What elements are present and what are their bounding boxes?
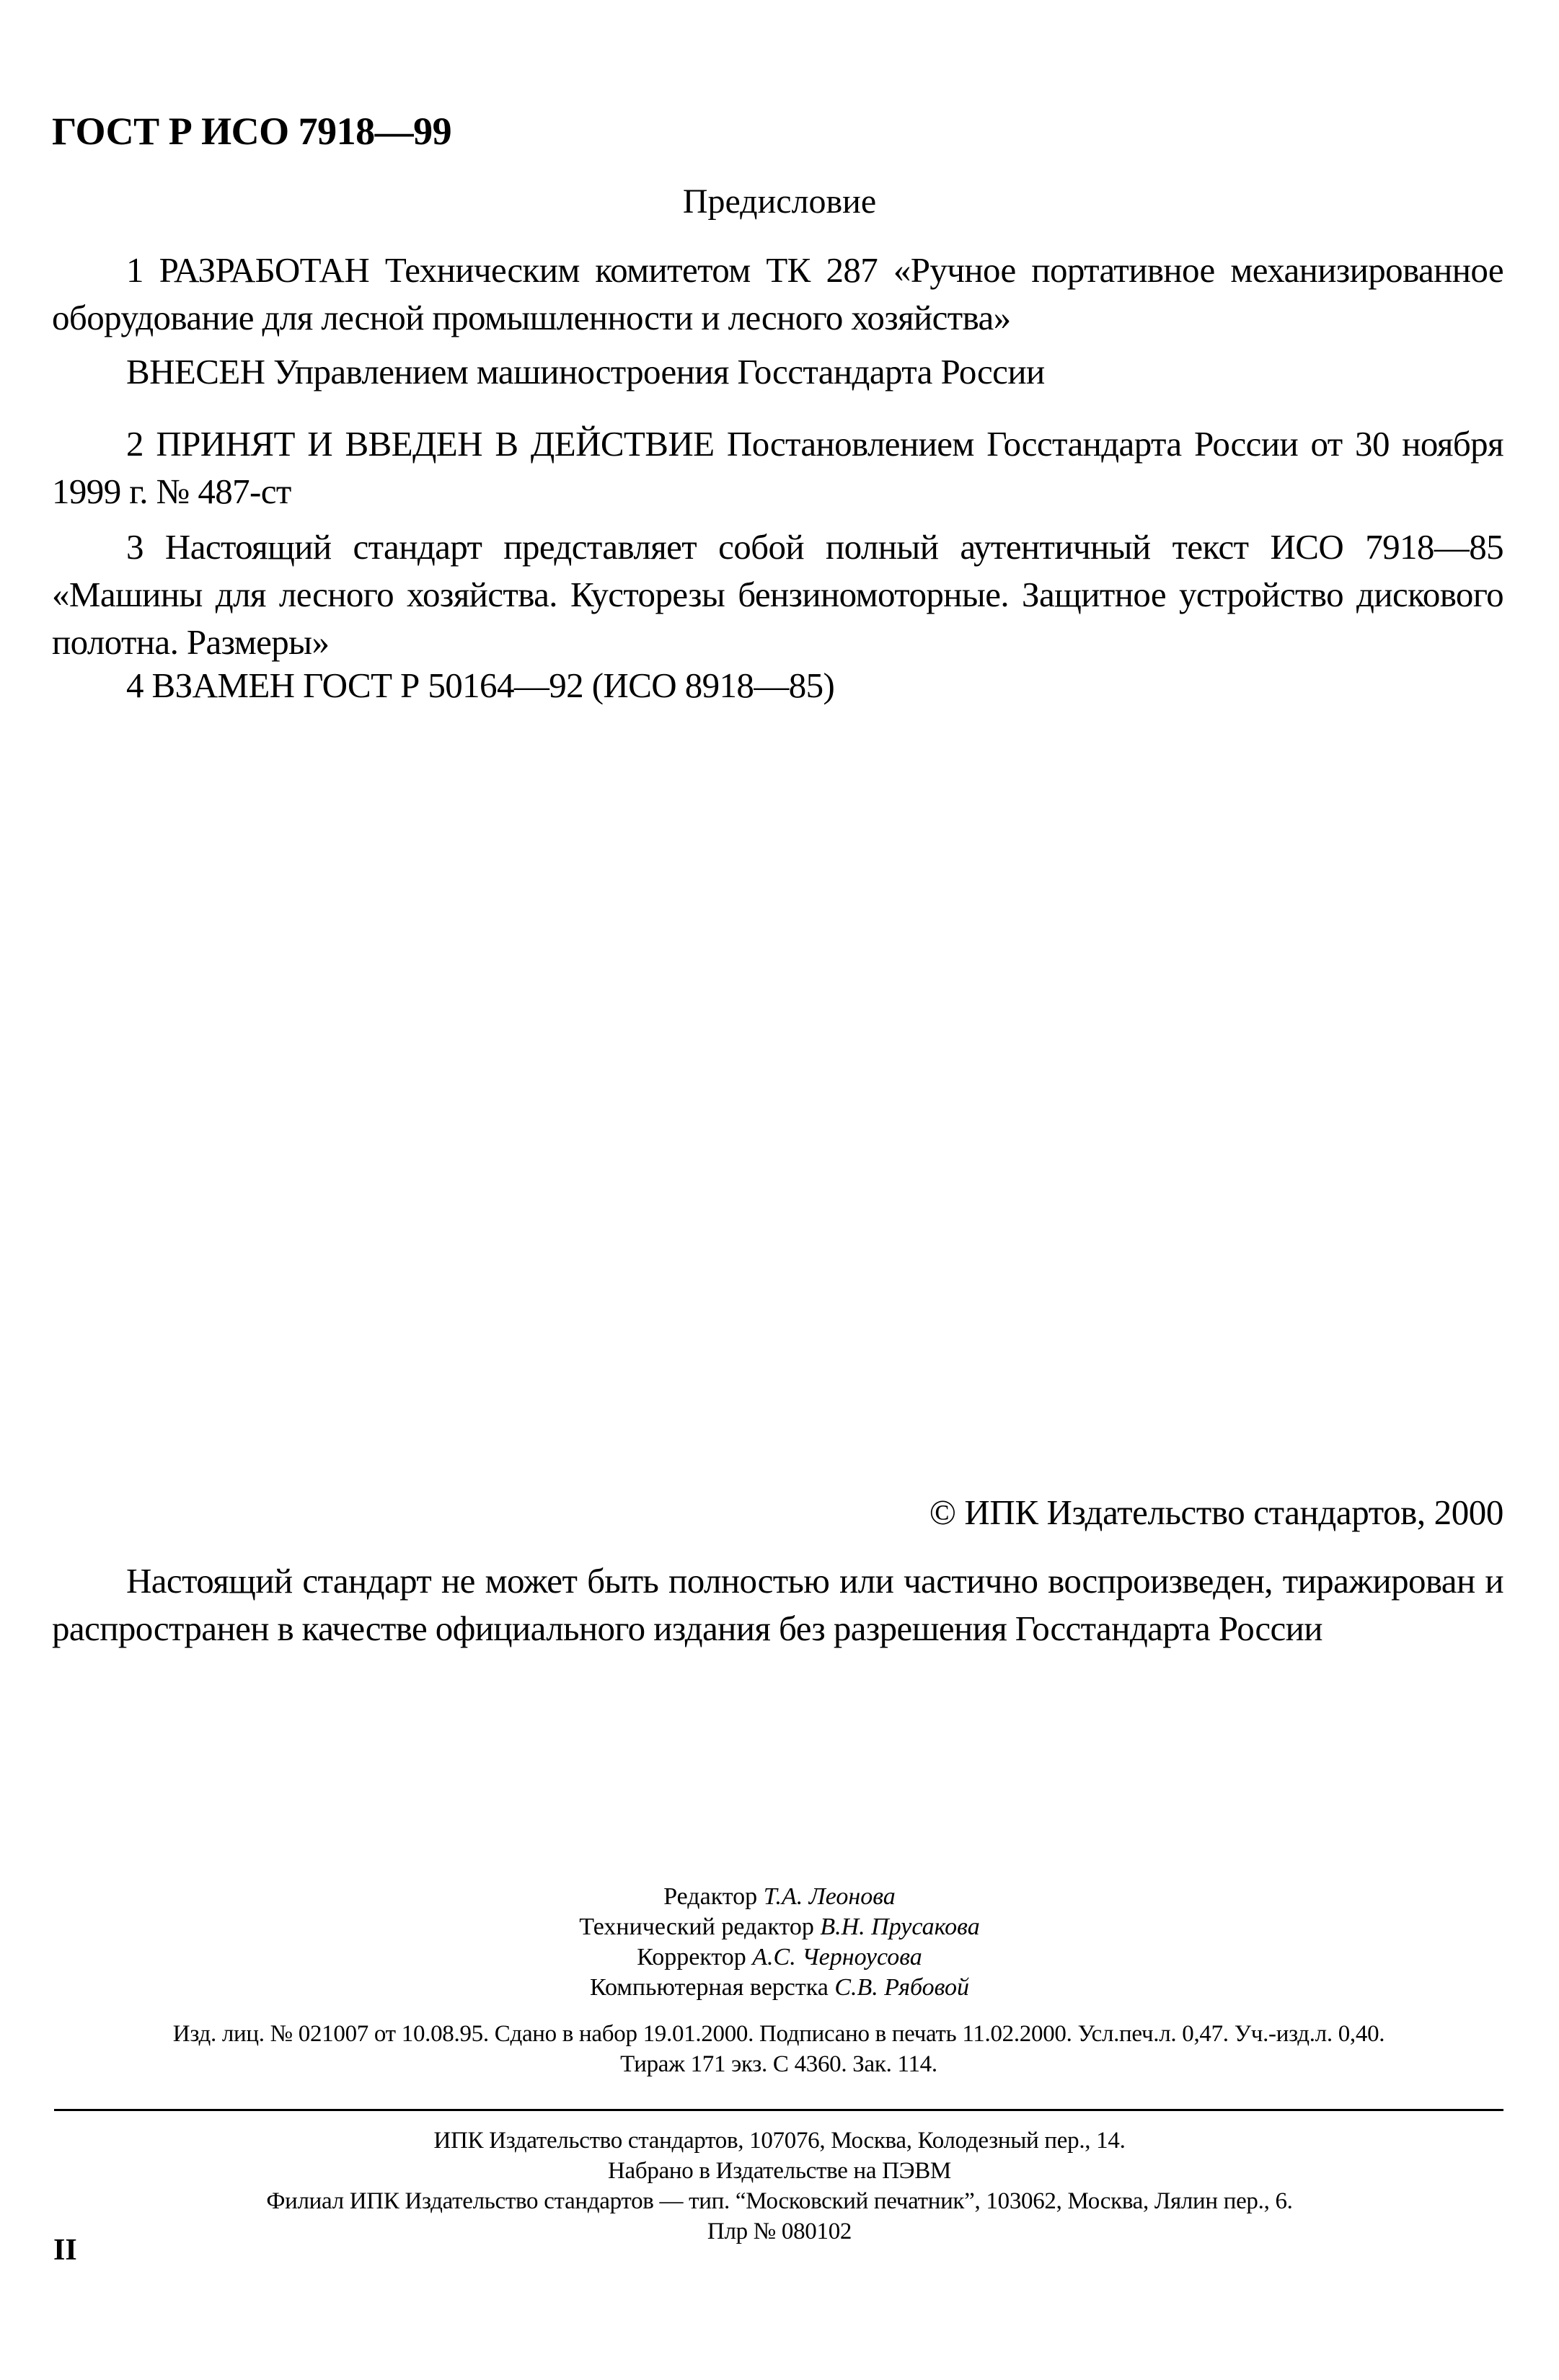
publisher-line: Набрано в Издательстве на ПЭВМ: [0, 2156, 1559, 2186]
credit-role: Редактор: [663, 1883, 757, 1910]
credit-role: Компьютерная верстка: [590, 1974, 829, 2001]
publisher-line: Филиал ИПК Издательство стандартов — тип…: [0, 2186, 1559, 2216]
publisher-line: Плр № 080102: [0, 2216, 1559, 2247]
credit-name: А.С. Черноусова: [752, 1944, 922, 1970]
reproduction-notice: Настоящий стандарт не может быть полност…: [52, 1557, 1503, 1653]
horizontal-divider: [54, 2109, 1503, 2111]
credit-editor: Редактор Т.А. Леонова: [0, 1882, 1559, 1912]
credit-role: Технический редактор: [579, 1914, 814, 1940]
paragraph-authentic-text: 3 Настоящий стандарт представляет собой …: [52, 523, 1503, 666]
copyright-line: © ИПК Издательство стандартов, 2000: [929, 1490, 1503, 1536]
standard-id-header: ГОСТ Р ИСО 7918—99: [52, 108, 451, 154]
publisher-info: ИПК Издательство стандартов, 107076, Мос…: [0, 2125, 1559, 2247]
paragraph-developed-by: 1 РАЗРАБОТАН Техническим комитетом ТК 28…: [52, 247, 1503, 342]
credit-name: Т.А. Леонова: [764, 1883, 896, 1910]
credit-name: В.Н. Прусакова: [820, 1914, 979, 1940]
paragraph-introduced-by: ВНЕСЕН Управлением машиностроения Госста…: [52, 348, 1503, 396]
credit-name: С.В. Рябовой: [834, 1974, 969, 2001]
document-page: ГОСТ Р ИСО 7918—99 Предисловие 1 РАЗРАБО…: [0, 0, 1559, 2380]
paragraph-replaces: 4 ВЗАМЕН ГОСТ Р 50164—92 (ИСО 8918—85): [52, 662, 1503, 709]
credit-proofreader: Корректор А.С. Черноусова: [0, 1942, 1559, 1973]
imprint-details: Изд. лиц. № 021007 от 10.08.95. Сдано в …: [43, 2019, 1514, 2079]
credit-layout: Компьютерная верстка С.В. Рябовой: [0, 1973, 1559, 2003]
page-number: II: [53, 2232, 77, 2268]
imprint-line: Изд. лиц. № 021007 от 10.08.95. Сдано в …: [43, 2019, 1514, 2049]
paragraph-adopted: 2 ПРИНЯТ И ВВЕДЕН В ДЕЙСТВИЕ Постановлен…: [52, 420, 1503, 516]
credit-role: Корректор: [637, 1944, 746, 1970]
imprint-line: Тираж 171 экз. С 4360. Зак. 114.: [43, 2049, 1514, 2079]
publisher-line: ИПК Издательство стандартов, 107076, Мос…: [0, 2125, 1559, 2156]
credit-technical-editor: Технический редактор В.Н. Прусакова: [0, 1912, 1559, 1942]
section-title: Предисловие: [0, 179, 1559, 225]
editorial-credits: Редактор Т.А. Леонова Технический редакт…: [0, 1882, 1559, 2003]
